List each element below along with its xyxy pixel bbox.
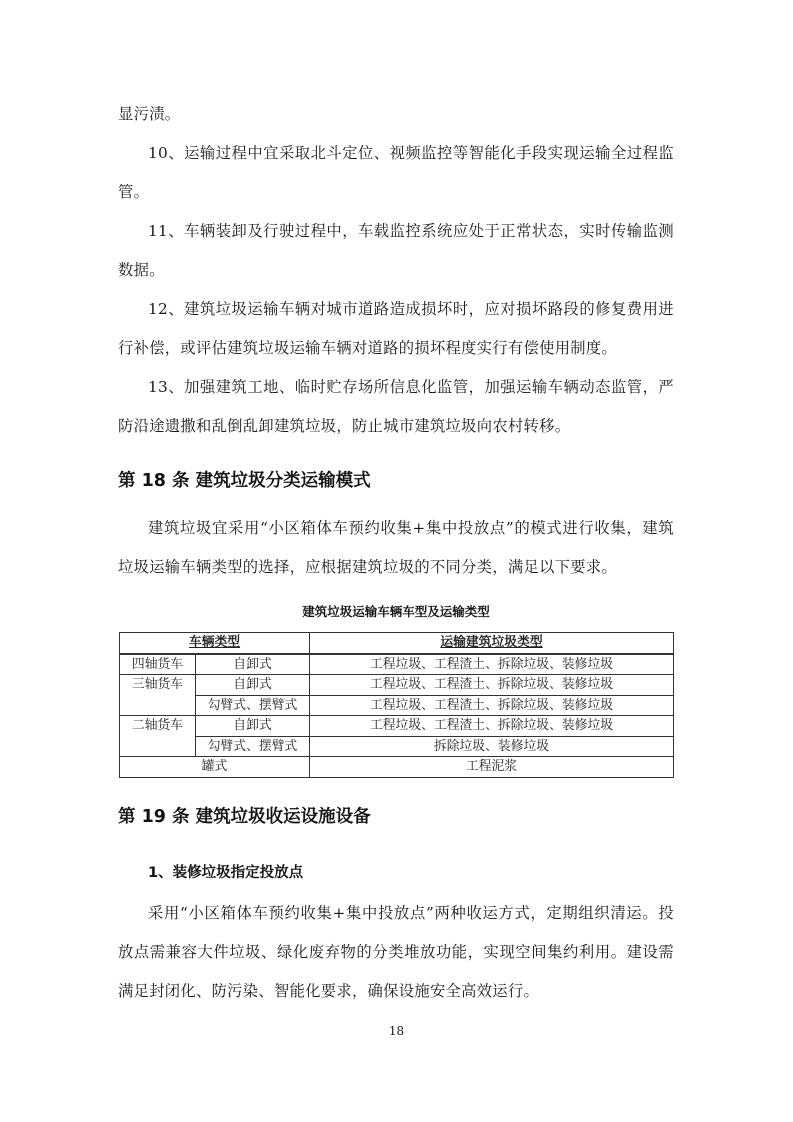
paragraph-item-12: 12、建筑垃圾运输车辆对城市道路造成损坏时，应对损坏路段的修复费用进行补偿，或评… bbox=[118, 290, 674, 368]
table-row: 三轴货车 自卸式 工程垃圾、工程渣土、拆除垃圾、装修垃圾 bbox=[120, 675, 674, 696]
cell-body: 勾臂式、摆臂式 bbox=[196, 695, 310, 716]
table-row: 四轴货车 自卸式 工程垃圾、工程渣土、拆除垃圾、装修垃圾 bbox=[120, 654, 674, 675]
cell-vehicle: 三轴货车 bbox=[120, 675, 196, 716]
document-page: 显污渍。 10、运输过程中宜采取北斗定位、视频监控等智能化手段实现运输全过程监管… bbox=[0, 0, 793, 1122]
cell-body: 自卸式 bbox=[196, 675, 310, 696]
cell-waste: 工程垃圾、工程渣土、拆除垃圾、装修垃圾 bbox=[310, 654, 674, 675]
table-caption: 建筑垃圾运输车辆车型及运输类型 bbox=[118, 603, 674, 621]
table-row: 罐式 工程泥浆 bbox=[120, 757, 674, 778]
cell-waste: 工程垃圾、工程渣土、拆除垃圾、装修垃圾 bbox=[310, 675, 674, 696]
section-18-heading: 第 18 条 建筑垃圾分类运输模式 bbox=[118, 469, 371, 493]
subsection-1-body: 采用“小区箱体车预约收集+集中投放点”两种收运方式，定期组织清运。投放点需兼容大… bbox=[118, 894, 674, 1011]
paragraph-item-10: 10、运输过程中宜采取北斗定位、视频监控等智能化手段实现运输全过程监管。 bbox=[118, 134, 674, 212]
header-waste-type: 运输建筑垃圾类型 bbox=[310, 633, 674, 654]
paragraph-item-11: 11、车辆装卸及行驶过程中，车载监控系统应处于正常状态，实时传输监测数据。 bbox=[118, 212, 674, 290]
subsection-1-heading: 1、装修垃圾指定投放点 bbox=[148, 863, 303, 883]
cell-waste: 工程垃圾、工程渣土、拆除垃圾、装修垃圾 bbox=[310, 695, 674, 716]
table-row: 二轴货车 自卸式 工程垃圾、工程渣土、拆除垃圾、装修垃圾 bbox=[120, 716, 674, 737]
paragraph-item-13: 13、加强建筑工地、临时贮存场所信息化监管，加强运输车辆动态监管，严防沿途遗撒和… bbox=[118, 368, 674, 446]
cell-waste: 工程垃圾、工程渣土、拆除垃圾、装修垃圾 bbox=[310, 716, 674, 737]
table-row: 勾臂式、摆臂式 拆除垃圾、装修垃圾 bbox=[120, 736, 674, 757]
cell-vehicle: 罐式 bbox=[120, 757, 310, 778]
table-header-row: 车辆类型 运输建筑垃圾类型 bbox=[120, 633, 674, 654]
section-18-intro: 建筑垃圾宜采用“小区箱体车预约收集+集中投放点”的模式进行收集，建筑垃圾运输车辆… bbox=[118, 509, 674, 587]
page-number: 18 bbox=[0, 1024, 793, 1038]
vehicle-type-table: 车辆类型 运输建筑垃圾类型 四轴货车 自卸式 工程垃圾、工程渣土、拆除垃圾、装修… bbox=[119, 632, 674, 778]
cell-body: 自卸式 bbox=[196, 654, 310, 675]
table-row: 勾臂式、摆臂式 工程垃圾、工程渣土、拆除垃圾、装修垃圾 bbox=[120, 695, 674, 716]
cell-body: 勾臂式、摆臂式 bbox=[196, 736, 310, 757]
cell-vehicle: 四轴货车 bbox=[120, 654, 196, 675]
section-19-heading: 第 19 条 建筑垃圾收运设施设备 bbox=[118, 805, 371, 829]
paragraph-continuation: 显污渍。 bbox=[118, 95, 674, 134]
cell-waste: 拆除垃圾、装修垃圾 bbox=[310, 736, 674, 757]
cell-body: 自卸式 bbox=[196, 716, 310, 737]
header-vehicle-type: 车辆类型 bbox=[120, 633, 310, 654]
cell-waste: 工程泥浆 bbox=[310, 757, 674, 778]
cell-vehicle: 二轴货车 bbox=[120, 716, 196, 757]
